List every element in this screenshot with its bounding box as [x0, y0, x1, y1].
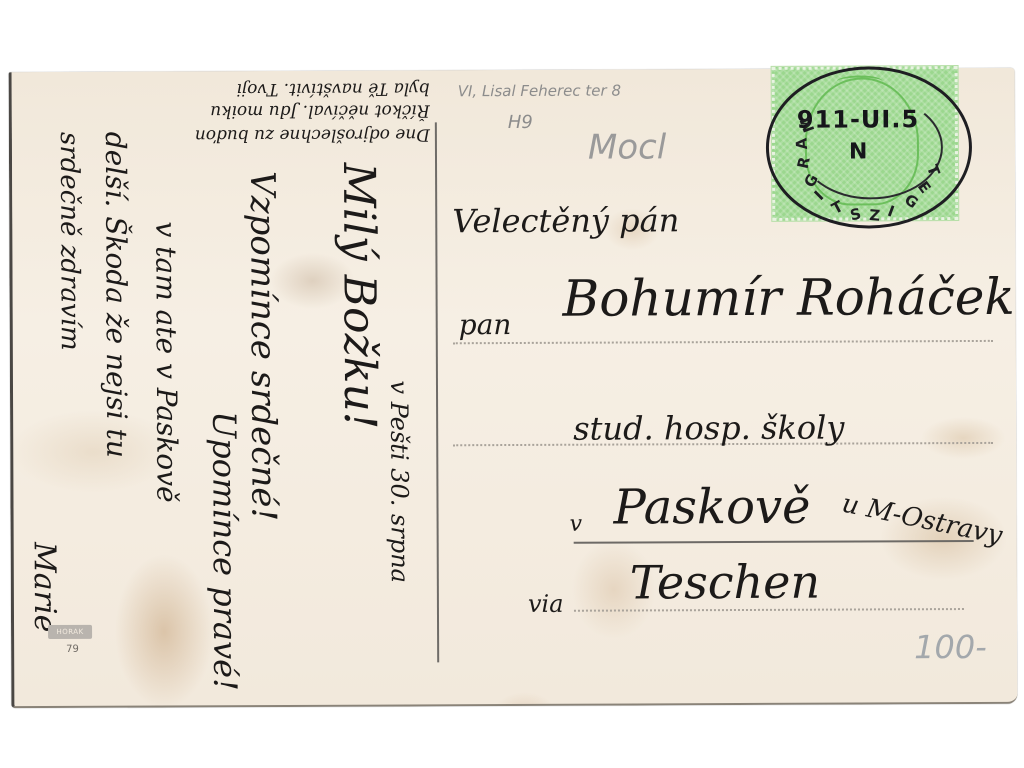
postcard: 911-UI.5 N MARGITSZIGET VI, Lisal Fehere…: [9, 68, 1018, 708]
message-body-line-1: Vzpomínce srdečné!: [242, 171, 284, 521]
message-body-line-3: v tam ate v Paskově: [149, 221, 183, 502]
address-town: Paskově: [613, 479, 810, 536]
address-v: v: [570, 512, 583, 537]
message-signature: Marie: [27, 542, 62, 632]
pencil-address-note: VI, Lisal Feherec ter 8: [458, 82, 621, 101]
message-body-line-4: delší. Škoda že nejsi tu: [99, 132, 133, 458]
address-greeting: Velectěný pán: [452, 201, 679, 240]
message-place-date: v Pešti 30. srpna: [385, 380, 414, 583]
address-line-1: [453, 340, 993, 344]
address-title: pan: [459, 308, 512, 341]
publisher-logo: HORAK: [48, 625, 92, 639]
address-city: Teschen: [630, 555, 820, 610]
message-body-line-2: Upomínce pravé!: [205, 411, 244, 691]
message-upside-line-3: Dne odjrošlechne zu buďon: [195, 124, 430, 145]
message-upside-line-2: Říčkot něčíval. Jdu moiku: [210, 100, 430, 121]
message-salutation: Milý Božku!: [333, 163, 385, 430]
publisher-number: 79: [66, 644, 79, 655]
address-recipient: Bohumír Roháček: [562, 268, 1014, 328]
message-upside-line-1: byla Tě navštívit. Tvoji: [236, 78, 429, 99]
pencil-name-note: Mocl: [588, 127, 666, 167]
message-body-line-5: srdečně zdravím: [54, 132, 85, 351]
address-underline: [574, 540, 974, 544]
pencil-code-note: H9: [508, 112, 533, 133]
postmark: 911-UI.5 N MARGITSZIGET: [766, 66, 973, 229]
address-school: stud. hosp. školy: [573, 409, 844, 448]
divider-line: [435, 122, 439, 662]
postmark-code: N: [849, 139, 868, 164]
address-via: via: [528, 590, 564, 618]
pencil-price: 100-: [914, 628, 987, 666]
